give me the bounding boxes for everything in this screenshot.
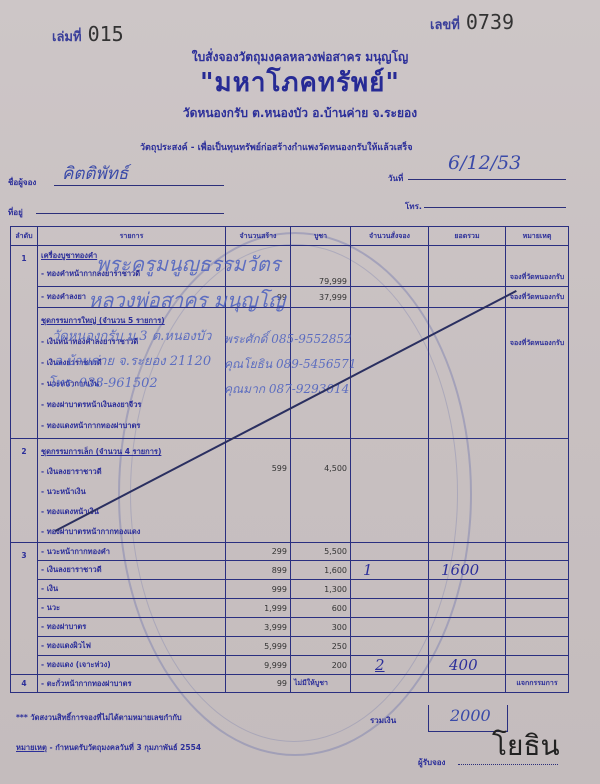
total-cell[interactable] xyxy=(429,580,506,599)
order-cell[interactable] xyxy=(351,637,429,656)
table-row: 3 - นวะหน้ากากทองคำ 299 5,500 xyxy=(11,543,569,561)
order-cell[interactable] xyxy=(351,439,429,543)
section-number: 4 xyxy=(11,675,38,693)
table-row: - ทองฝาบาตร 3,999 300 xyxy=(11,618,569,637)
note-cell xyxy=(506,656,569,675)
disclaimer-text: *** วัดสงวนสิทธิ์การจองที่ไม่ได้ตามหมายเ… xyxy=(16,712,182,724)
stamp-line1: พระครูมนูญธรรมวัตร xyxy=(96,248,281,280)
price-cell: 200 xyxy=(291,656,351,675)
date-value: 6/12/53 xyxy=(448,152,521,174)
order-cell[interactable] xyxy=(351,618,429,637)
address-label: ที่อยู่ xyxy=(8,206,23,219)
col-header-no: ลำดับ xyxy=(11,227,38,246)
item-name: - ทองแดง (เจาะห่วง) xyxy=(38,656,226,675)
temple-address: วัดหนองกรับ ต.หนองบัว อ.บ้านค่าย จ.ระยอง xyxy=(0,104,600,123)
total-value: 2000 xyxy=(450,706,491,725)
order-cell[interactable] xyxy=(351,308,429,439)
order-cell[interactable]: 2 xyxy=(351,656,429,675)
note-cell xyxy=(506,599,569,618)
item-name: - เงินลงยาราชาวดี xyxy=(38,561,226,580)
stamp-address1: วัดหนองกรับ ม.3 ต.หนองบัว xyxy=(52,325,211,346)
total-cell[interactable] xyxy=(429,287,506,308)
note-cell: จองที่วัดหนองกรับ xyxy=(506,308,569,439)
qty-cell: 3,999 xyxy=(226,618,291,637)
date-field[interactable] xyxy=(408,178,566,180)
serial-number: เลขที่0739 xyxy=(430,10,514,35)
order-cell[interactable] xyxy=(351,543,429,561)
note-cell xyxy=(506,618,569,637)
item-name: - นวะหน้าเงิน xyxy=(41,482,222,502)
phone-label: โทร. xyxy=(405,200,422,213)
remark-text: - กำหนดรับวัตถุมงคลวันที่ 3 กุมภาพันธ์ 2… xyxy=(50,743,202,752)
section-number: 3 xyxy=(11,543,38,675)
item-name: - ทองแดงหน้าเงิน xyxy=(41,502,222,522)
price-cell: 37,999 xyxy=(291,287,351,308)
item-name: - นวะหน้ากากทองคำ xyxy=(38,543,226,561)
stamp-contact2: คุณโยธิน 089-5456571 xyxy=(224,355,356,374)
note-cell xyxy=(506,439,569,543)
qty-cell: 899 xyxy=(226,561,291,580)
note-cell: จองที่วัดหนองกรับ xyxy=(506,246,569,287)
qty-cell: 9,999 xyxy=(226,656,291,675)
table-row: - ทองแดง (เจาะห่วง) 9,999 200 2 400 xyxy=(11,656,569,675)
order-cell[interactable] xyxy=(351,287,429,308)
item-name: - ทองแดงหน้ากากทองฝาบาตร xyxy=(41,415,222,436)
item-name: - ทองฝาบาตร xyxy=(38,618,226,637)
col-header-order: จำนวนสั่งจอง xyxy=(351,227,429,246)
price-cell: 1,300 xyxy=(291,580,351,599)
total-cell[interactable] xyxy=(429,246,506,287)
stamp-address3: โทร. 038-961502 xyxy=(48,372,158,393)
qty-cell: 599 xyxy=(226,439,291,543)
table-row: 1 เครื่องบูชาทองคำ - ทองคำหน้ากากลงยาราช… xyxy=(11,246,569,287)
order-cell[interactable] xyxy=(351,599,429,618)
price-cell: ไม่มีให้บูชา xyxy=(291,675,351,693)
qty-cell: 99 xyxy=(226,675,291,693)
section-title: ชุดกรรมการเล็ก (จำนวน 4 รายการ) xyxy=(41,442,222,462)
note-cell xyxy=(506,543,569,561)
order-cell[interactable] xyxy=(351,580,429,599)
book-number-value: 015 xyxy=(88,22,124,46)
total-cell[interactable] xyxy=(429,599,506,618)
item-name: - ทองฝาบาตรหน้ากากทองแดง xyxy=(41,522,222,542)
total-cell[interactable] xyxy=(429,308,506,439)
remark: หมายเหตุ - กำหนดรับวัตถุมงคลวันที่ 3 กุม… xyxy=(16,742,201,754)
stamp-contact1: พระศักดิ์ 085-9552852 xyxy=(224,330,352,349)
price-cell: 4,500 xyxy=(291,439,351,543)
price-cell: 5,500 xyxy=(291,543,351,561)
price-cell: 79,999 xyxy=(291,246,351,287)
item-name: - ทองฝาบาตรหน้าเงินลงยาจีวร xyxy=(41,394,222,415)
col-header-item: รายการ xyxy=(38,227,226,246)
table-row: - เงิน 999 1,300 xyxy=(11,580,569,599)
total-cell[interactable] xyxy=(429,543,506,561)
order-cell[interactable] xyxy=(351,246,429,287)
col-header-note: หมายเหตุ xyxy=(506,227,569,246)
purpose-text: วัตถุประสงค์ - เพื่อเป็นทุนทรัพย์ก่อสร้า… xyxy=(140,140,412,154)
col-header-total: ยอดรวม xyxy=(429,227,506,246)
receiver-signature: โยธิน xyxy=(492,724,560,768)
date-label: วันที่ xyxy=(388,172,403,185)
serial-label: เลขที่ xyxy=(430,18,460,33)
form-title: "มหาโภคทรัพย์" xyxy=(0,62,600,103)
book-label: เล่มที่ xyxy=(52,30,82,45)
total-cell[interactable]: 400 xyxy=(429,656,506,675)
remark-label: หมายเหตุ xyxy=(16,743,47,752)
item-name: - เงิน xyxy=(38,580,226,599)
item-name: - ตะกั่วหน้ากากทองฝาบาตร xyxy=(38,675,226,693)
stamp-contact3: คุณมาก 087-9293014 xyxy=(224,380,349,399)
address-field[interactable] xyxy=(36,212,224,214)
table-row: - ทองแดงผิวไฟ 5,999 250 xyxy=(11,637,569,656)
section-number: 1 xyxy=(11,246,38,439)
section-number: 2 xyxy=(11,439,38,543)
total-cell[interactable] xyxy=(429,618,506,637)
item-name: - นวะ xyxy=(38,599,226,618)
stamp-line2: หลวงพ่อสาคร มนุญโญ xyxy=(88,284,285,316)
note-cell xyxy=(506,561,569,580)
order-cell[interactable] xyxy=(351,675,429,693)
table-row: - นวะ 1,999 600 xyxy=(11,599,569,618)
price-cell: 250 xyxy=(291,637,351,656)
order-cell[interactable]: 1 xyxy=(351,561,429,580)
col-header-price: บูชา xyxy=(291,227,351,246)
table-header-row: ลำดับ รายการ จำนวนสร้าง บูชา จำนวนสั่งจอ… xyxy=(11,227,569,246)
qty-cell: 999 xyxy=(226,580,291,599)
qty-cell: 299 xyxy=(226,543,291,561)
total-cell[interactable] xyxy=(429,637,506,656)
note-cell xyxy=(506,637,569,656)
note-cell: แจกกรรมการ xyxy=(506,675,569,693)
item-name: - เงินลงยาราชาวดี xyxy=(41,462,222,482)
total-cell[interactable] xyxy=(429,439,506,543)
book-number: เล่มที่015 xyxy=(52,22,124,47)
table-row: - เงินลงยาราชาวดี 899 1,600 1 1600 xyxy=(11,561,569,580)
item-name: - ทองแดงผิวไฟ xyxy=(38,637,226,656)
stamp-address2: อ.บ้านค่าย จ.ระยอง 21120 xyxy=(54,350,211,371)
price-cell: 1,600 xyxy=(291,561,351,580)
name-label: ชื่อผู้จอง xyxy=(8,176,36,189)
name-value: คิตติพัทธ์ xyxy=(62,160,128,187)
col-header-qty: จำนวนสร้าง xyxy=(226,227,291,246)
receiver-label: ผู้รับจอง xyxy=(418,756,445,769)
note-cell xyxy=(506,580,569,599)
phone-field[interactable] xyxy=(424,206,566,208)
qty-cell: 1,999 xyxy=(226,599,291,618)
table-row: 2 ชุดกรรมการเล็ก (จำนวน 4 รายการ) - เงิน… xyxy=(11,439,569,543)
total-label: รวมเงิน xyxy=(370,714,396,727)
serial-number-value: 0739 xyxy=(466,10,514,34)
table-row: 4 - ตะกั่วหน้ากากทองฝาบาตร 99 ไม่มีให้บู… xyxy=(11,675,569,693)
price-cell: 300 xyxy=(291,618,351,637)
total-cell[interactable] xyxy=(429,675,506,693)
total-cell[interactable]: 1600 xyxy=(429,561,506,580)
price-cell: 600 xyxy=(291,599,351,618)
qty-cell: 5,999 xyxy=(226,637,291,656)
